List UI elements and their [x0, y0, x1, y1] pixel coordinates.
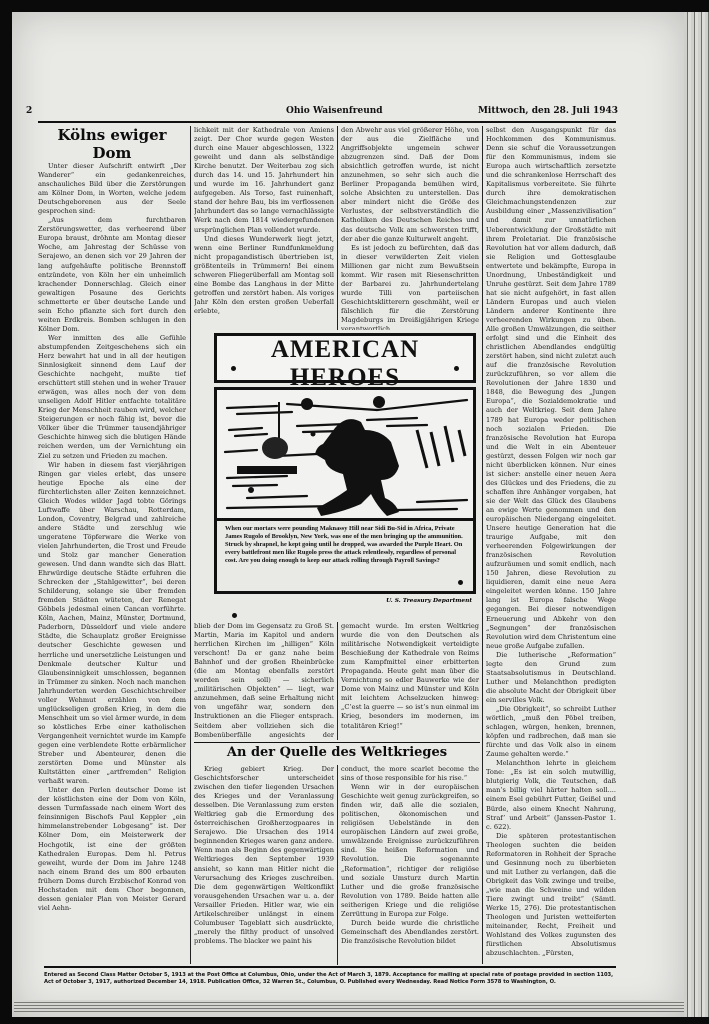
paragraph: blieb der Dom im Gegensatz zu Groß St. M… — [194, 622, 334, 740]
column-divider — [337, 126, 338, 330]
bullet-icon — [458, 580, 463, 585]
page-stack-bottom — [14, 1000, 684, 1012]
article2-column-far-right: selbst den Ausgangspunkt für das Hochkom… — [486, 126, 616, 964]
column-divider — [337, 765, 338, 965]
footer-rule — [44, 966, 616, 968]
column-divider — [337, 622, 338, 740]
newspaper-name: Ohio Waisenfreund — [286, 106, 383, 116]
paragraph: gemacht wurde. Im ersten Weltkrieg wurde… — [341, 622, 479, 731]
masthead: 2 Ohio Waisenfreund Mittwoch, den 28. Ju… — [26, 106, 618, 120]
article2-column-left: Krieg gebiert Krieg. Der Geschichtsforsc… — [194, 765, 334, 965]
article2-headline: An der Quelle des Weltkrieges — [194, 745, 480, 761]
paragraph: Durch beide wurde die christliche Gemein… — [341, 919, 479, 946]
paragraph: Die lutherische „Reformation“ legte den … — [486, 651, 616, 705]
woodcut-soldier-icon — [217, 390, 473, 518]
article-column-2-upper: lichkeit mit der Kathedrale von Amiens z… — [194, 126, 334, 330]
paragraph: Wir haben in diesem fast vierjährigen Ri… — [38, 461, 186, 787]
paragraph: conduct, the more scarlet become the sin… — [341, 765, 479, 783]
bullet-icon — [231, 366, 236, 371]
paragraph: Unter den Perlen deutscher Dome ist der … — [38, 786, 186, 913]
page-number: 2 — [26, 106, 32, 116]
paragraph: Melanchthon lehrte in gleichem Tone: „Es… — [486, 759, 616, 831]
section-rule — [194, 742, 480, 743]
issue-date: Mittwoch, den 28. Juli 1943 — [478, 106, 618, 116]
paragraph: „Die Obrigkeit“, so schreibt Luther wört… — [486, 705, 616, 759]
masthead-rule — [38, 121, 616, 123]
article-column-1: Kölns ewiger Dom Unter dieser Aufschrift… — [38, 126, 186, 964]
column-divider — [482, 126, 483, 964]
paragraph: Es ist jedoch zu befürchten, daß das in … — [341, 244, 479, 330]
ad-title: AMERICAN HEROES — [217, 336, 473, 392]
paragraph: selbst den Ausgangspunkt für das Hochkom… — [486, 126, 616, 651]
article-column-3-upper: den Abwehr aus viel größerer Höhe, von d… — [341, 126, 479, 330]
postal-notice: Entered as Second Class Matter October 5… — [44, 972, 618, 986]
paragraph: Krieg gebiert Krieg. Der Geschichtsforsc… — [194, 765, 334, 946]
column-divider — [190, 126, 191, 964]
bullet-icon — [232, 613, 237, 618]
paragraph: „Aus dem furchtbaren Zerstörungswetter, … — [38, 216, 186, 334]
paragraph: Wer inmitten des alle Gefühle abstumpfen… — [38, 334, 186, 461]
paragraph: Und dieses Wunderwerk liegt jetzt, wenn … — [194, 235, 334, 316]
article2-column-right: conduct, the more scarlet become the sin… — [341, 765, 479, 965]
paragraph: Unter dieser Aufschrift entwirft „Der Wa… — [38, 162, 186, 216]
page-stack-edge — [684, 12, 709, 1017]
ad-credit: U. S. Treasury Department — [214, 598, 476, 604]
ad-caption-box: When our mortars were pounding Maknassy … — [214, 521, 476, 594]
paragraph: Die späteren protestantischen Theologen … — [486, 832, 616, 959]
ad-caption: When our mortars were pounding Maknassy … — [225, 525, 463, 564]
article-column-3-lower: gemacht wurde. Im ersten Weltkrieg wurde… — [341, 622, 479, 740]
paragraph: lichkeit mit der Kathedrale von Amiens z… — [194, 126, 334, 235]
soldier-illustration — [214, 387, 476, 521]
bullet-icon — [454, 366, 459, 371]
article-headline: Kölns ewiger Dom — [38, 126, 186, 162]
paragraph: den Abwehr aus viel größerer Höhe, von d… — [341, 126, 479, 244]
american-heroes-advertisement: AMERICAN HEROES BY LEFF — [214, 333, 476, 623]
ad-title-box: AMERICAN HEROES BY LEFF — [214, 333, 476, 383]
article-column-2-lower: blieb der Dom im Gegensatz zu Groß St. M… — [194, 622, 334, 740]
paragraph: Wenn wir in der europäischen Geschichte … — [341, 783, 479, 919]
